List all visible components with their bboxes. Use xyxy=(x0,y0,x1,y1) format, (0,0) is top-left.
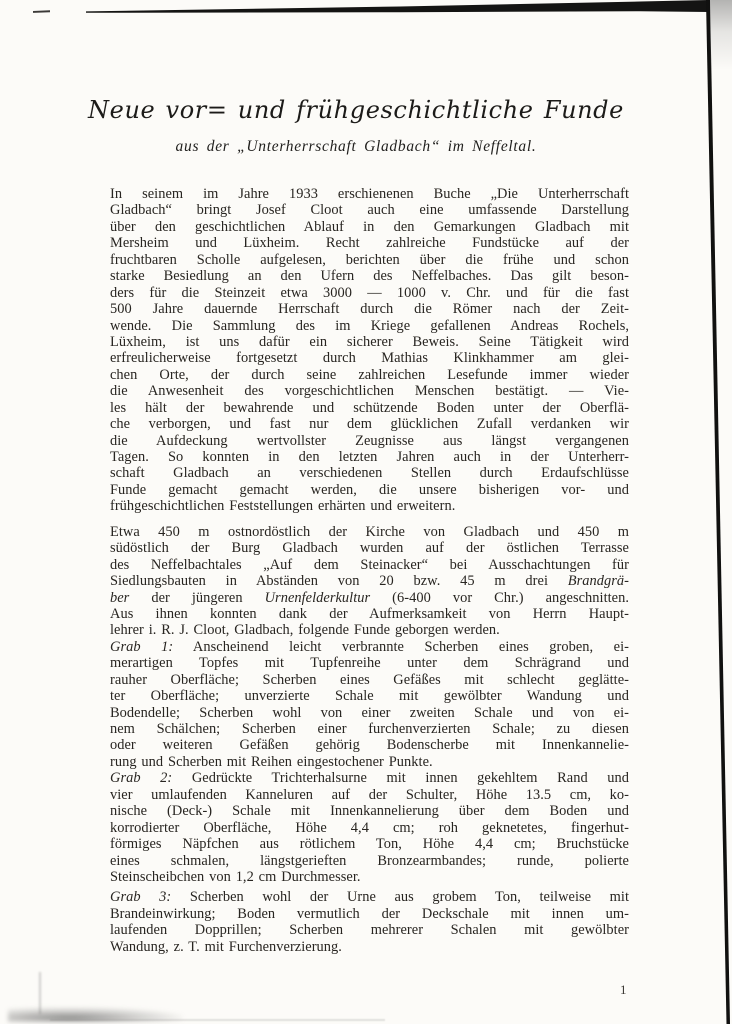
text-line: Steinscheibchen von 1,2 cm Durchmesser. xyxy=(110,869,629,885)
text-line: Gladbach“ bringt Josef Cloot auch eine u… xyxy=(110,202,629,218)
text-line: laufenden Dopprillen; Scherben mehrerer … xyxy=(110,922,629,938)
text-line: oder weiteren Gefäßen gehörig Bodenscher… xyxy=(110,737,629,753)
text-line: Siedlungsbauten in Abständen von 20 bzw.… xyxy=(110,573,629,589)
text-line: des Neffelbachtales „Auf dem Steinacker“… xyxy=(110,557,629,573)
text-line: Grab 2: Gedrückte Trichterhalsurne mit i… xyxy=(110,770,629,786)
text-line: eines schmalen, längstgerieften Bronzear… xyxy=(110,853,629,869)
document-subtitle: aus der „Unterherrschaft Gladbach“ im Ne… xyxy=(0,138,712,156)
text-line: erfreulicherweise fortgesetzt durch Math… xyxy=(110,350,629,366)
document-title: Neue vor= und frühgeschichtliche Funde xyxy=(0,96,712,124)
text-line: Wandung, z. T. mit Furchenverzierung. xyxy=(110,939,629,955)
text-line: über den geschichtlichen Ablauf in den G… xyxy=(110,219,629,235)
text-line: 500 Jahre dauernde Herrschaft durch die … xyxy=(110,301,629,317)
text-line: die Aufdeckung wertvollster Zeugnisse au… xyxy=(110,433,629,449)
text-line: Grab 1: Anscheinend leicht verbrannte Sc… xyxy=(110,639,629,655)
text-line: Bodendelle; Scherben wohl von einer zwei… xyxy=(110,705,629,721)
scan-smudge-tail xyxy=(50,1019,385,1021)
scan-corner-speckle xyxy=(710,0,732,70)
paragraph: Grab 1: Anscheinend leicht verbrannte Sc… xyxy=(110,639,629,771)
text-line: rung und Scherben mit Reihen eingestoche… xyxy=(110,754,629,770)
text-line: vier umlaufenden Kanneluren auf der Schu… xyxy=(110,787,629,803)
text-line: lehrer i. R. J. Cloot, Gladbach, folgend… xyxy=(110,622,629,638)
text-line: Brandeinwirkung; Boden vermutlich der De… xyxy=(110,906,629,922)
text-line: les hält der bewahrende und schützende B… xyxy=(110,400,629,416)
paragraph: Grab 3: Scherben wohl der Urne aus grobe… xyxy=(110,889,629,955)
text-line: Lüxheim, ist uns dafür ein sicherer Bewe… xyxy=(110,334,629,350)
text-line: ber der jüngeren Urnenfelderkultur (6-40… xyxy=(110,590,629,606)
scan-smudge-wisp xyxy=(39,972,41,1014)
scanned-page: Neue vor= und frühgeschichtliche Funde a… xyxy=(0,0,732,1024)
text-line: che verborgen, und fast nur dem glücklic… xyxy=(110,416,629,432)
text-line: Aus ihnen konnten dank der Aufmerksamkei… xyxy=(110,606,629,622)
text-line: die Anwesenheit des vorgeschichtlichen M… xyxy=(110,383,629,399)
body-text: In seinem im Jahre 1933 erschienenen Buc… xyxy=(110,186,629,955)
text-line: chen Orte, der durch seine zahlreichen L… xyxy=(110,367,629,383)
text-line: ders für die Steinzeit etwa 3000 — 1000 … xyxy=(110,285,629,301)
text-line: rauher Oberfläche; Scherben eines Gefäße… xyxy=(110,672,629,688)
corner-dash xyxy=(33,10,50,13)
text-line: merartigen Topfes mit Tupfenreihe unter … xyxy=(110,655,629,671)
text-line: ter Oberfläche; unverzierte Schale mit g… xyxy=(110,688,629,704)
text-line: nem Schälchen; Scherben einer furchenver… xyxy=(110,721,629,737)
text-line: Funde gemacht gemacht werden, die unsere… xyxy=(110,482,629,498)
text-line: Tagen. So konnten in den letzten Jahren … xyxy=(110,449,629,465)
text-line: südöstlich der Burg Gladbach wurden auf … xyxy=(110,540,629,556)
paragraph: Etwa 450 m ostnordöstlich der Kirche von… xyxy=(110,524,629,639)
text-line: Grab 3: Scherben wohl der Urne aus grobe… xyxy=(110,889,629,905)
text-line: starke Besiedlung an den Ufern des Neffe… xyxy=(110,268,629,284)
text-line: förmiges Näpfchen aus rötlichem Ton, Höh… xyxy=(110,836,629,852)
text-line: fruchtbaren Scholle aufgelesen, berichte… xyxy=(110,252,629,268)
text-line: Mersheim und Lüxheim. Recht zahlreiche F… xyxy=(110,235,629,251)
page-number: 1 xyxy=(620,982,627,998)
text-line: In seinem im Jahre 1933 erschienenen Buc… xyxy=(110,186,629,202)
paragraph: Grab 2: Gedrückte Trichterhalsurne mit i… xyxy=(110,770,629,885)
text-line: frühgeschichtlichen Feststellungen erhär… xyxy=(110,498,629,514)
paragraph: In seinem im Jahre 1933 erschienenen Buc… xyxy=(110,186,629,515)
text-line: nische (Deck-) Schale mit Innenkannelier… xyxy=(110,803,629,819)
text-line: wende. Die Sammlung des im Kriege gefall… xyxy=(110,318,629,334)
top-edge-line xyxy=(86,0,709,13)
text-line: korrodierter Oberfläche, Höhe 4,4 cm; ro… xyxy=(110,820,629,836)
text-line: Etwa 450 m ostnordöstlich der Kirche von… xyxy=(110,524,629,540)
text-line: schaft Gladbach an verschiedenen Stellen… xyxy=(110,465,629,481)
